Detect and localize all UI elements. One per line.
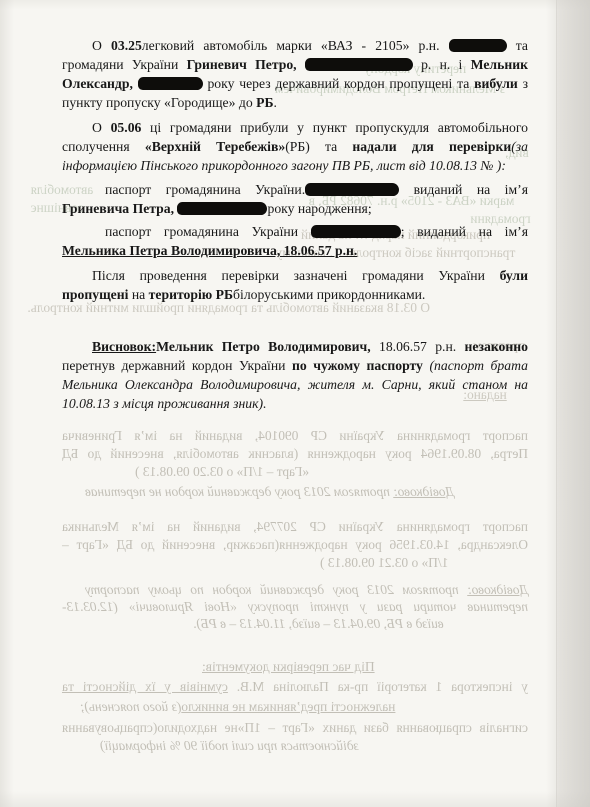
bleedthrough-line: Петра, 08.09.1964 року народження (власн… (62, 445, 528, 463)
bleedthrough-rest: сумнівів у їх дійсності та (62, 679, 228, 694)
paragraph-passport-melnyk: паспорт громадянина України ; виданий на… (62, 222, 528, 260)
bleedthrough-lead: Довідково: (393, 484, 454, 499)
text-run: О (92, 38, 111, 53)
redaction-block (311, 225, 401, 238)
bleedthrough-lead: Довідково: (467, 582, 528, 597)
paragraph-vehicle-crossing: О 03.25легковий автомобіль марки «ВАЗ - … (62, 36, 528, 112)
text-run: Мельник Петро Володимирович, (156, 339, 371, 354)
text-run: «Верхній Теребежів» (145, 139, 285, 154)
text-run: ; виданий на ім’я (401, 224, 528, 239)
bleedthrough-rest: протягом 2013 року державний кордон не п… (85, 484, 393, 499)
text-run: на (128, 287, 148, 302)
bleedthrough-line: Під час перевірки документів: (62, 658, 528, 676)
redaction-block (177, 202, 267, 215)
text-run: . (274, 95, 277, 110)
bleedthrough-line: Олександра, 14.03.1956 року народження(п… (62, 536, 528, 554)
text-run: незаконно (465, 339, 528, 354)
text-run: Висновок: (92, 339, 156, 354)
bleedthrough-line: «Гарт – 1/П» о 03.20 09.08.13 ) (62, 463, 528, 481)
bleedthrough-line: Довідково: протягом 2013 року державний … (62, 483, 528, 501)
bleedthrough-line: паспорт громадянина України СР 090104, в… (62, 427, 528, 445)
redaction-block (305, 183, 399, 196)
paragraph-verification-result: Після проведення перевірки зазначені гро… (62, 266, 528, 304)
text-run: вибули (474, 76, 518, 91)
scanned-document-page: { "document": { "p1": { "r0": "О ", "r1"… (0, 0, 590, 807)
text-run: територію РБ (149, 287, 233, 302)
scan-edge-shadow (556, 0, 590, 807)
bleedthrough-line: перетинав чотири рази у пункті пропуску … (62, 598, 528, 616)
text-run: виданий на ім’я (399, 182, 528, 197)
text-run: Гриневича Петра, (62, 201, 177, 216)
text-run: перетнув державний кордон України (62, 358, 292, 373)
text-run: 18.06.57 р.н. (371, 339, 465, 354)
redaction-block (305, 58, 413, 71)
redaction-block (138, 77, 203, 90)
text-run: паспорт громадянина України (105, 224, 311, 239)
bleedthrough-lead: належності пред’явникам не виникло (181, 699, 395, 714)
paragraph-passport-hrynevych: паспорт громадянина України. виданий на … (62, 180, 528, 218)
bleedthrough-lead: у інспектора 1 категорії пр-ка Палюліна … (228, 679, 528, 694)
text-run: р. н. і (413, 57, 471, 72)
bleedthrough-line: виїзд в РБ, 09.04.13 – виїзд, 11.04.13 –… (62, 615, 528, 633)
text-run: 03.25 (111, 38, 142, 53)
text-run: РБ (256, 95, 273, 110)
text-run: року через державний кордон пропущені та (203, 76, 474, 91)
bleedthrough-rest: (з його пояснень); (80, 699, 181, 714)
bleedthrough-line: сигналів спрацювання бази даних «Гарт – … (62, 719, 528, 737)
bleedthrough-line: паспорт громадянина України СР 207794, в… (62, 518, 528, 536)
paragraph-arrival-verification: О 05.06 ці громадяни прибули у пункт про… (62, 118, 528, 175)
text-run: білоруськими прикордонниками. (233, 287, 425, 302)
bleedthrough-line: здійснюється при силі події 90 % інформа… (62, 737, 528, 755)
text-run: Гриневич Петро, (187, 57, 305, 72)
text-run: (РБ) та (285, 139, 352, 154)
text-run: паспорт громадянина України. (105, 182, 305, 197)
text-run: О (92, 120, 111, 135)
bleedthrough-line: 1/П» о 03.21 09.08.13 ) (62, 554, 528, 572)
bleedthrough-line: Довідково: протягом 2013 року державний … (62, 581, 528, 599)
text-run: надали для перевірки (352, 139, 511, 154)
document-text: О 03.25легковий автомобіль марки «ВАЗ - … (62, 36, 528, 413)
redaction-block (449, 39, 507, 52)
text-run: Після проведення перевірки зазначені гро… (92, 268, 500, 283)
bleedthrough-line: у інспектора 1 категорії пр-ка Палюліна … (62, 678, 528, 696)
text-run: легковий автомобіль марки «ВАЗ - 2105» р… (142, 38, 449, 53)
text-run: року народження; (267, 201, 371, 216)
bleedthrough-rest: протягом 2013 року державний кордон по ц… (85, 582, 467, 597)
text-run: Мельника Петра Володимировича, 18.06.57 … (62, 243, 357, 258)
paragraph-conclusion: Висновок:Мельник Петро Володимирович, 18… (62, 337, 528, 413)
bleedthrough-line: належності пред’явникам не виникло(з йог… (62, 698, 528, 716)
text-run: 05.06 (111, 120, 142, 135)
text-run: по чужому паспорту (292, 358, 423, 373)
